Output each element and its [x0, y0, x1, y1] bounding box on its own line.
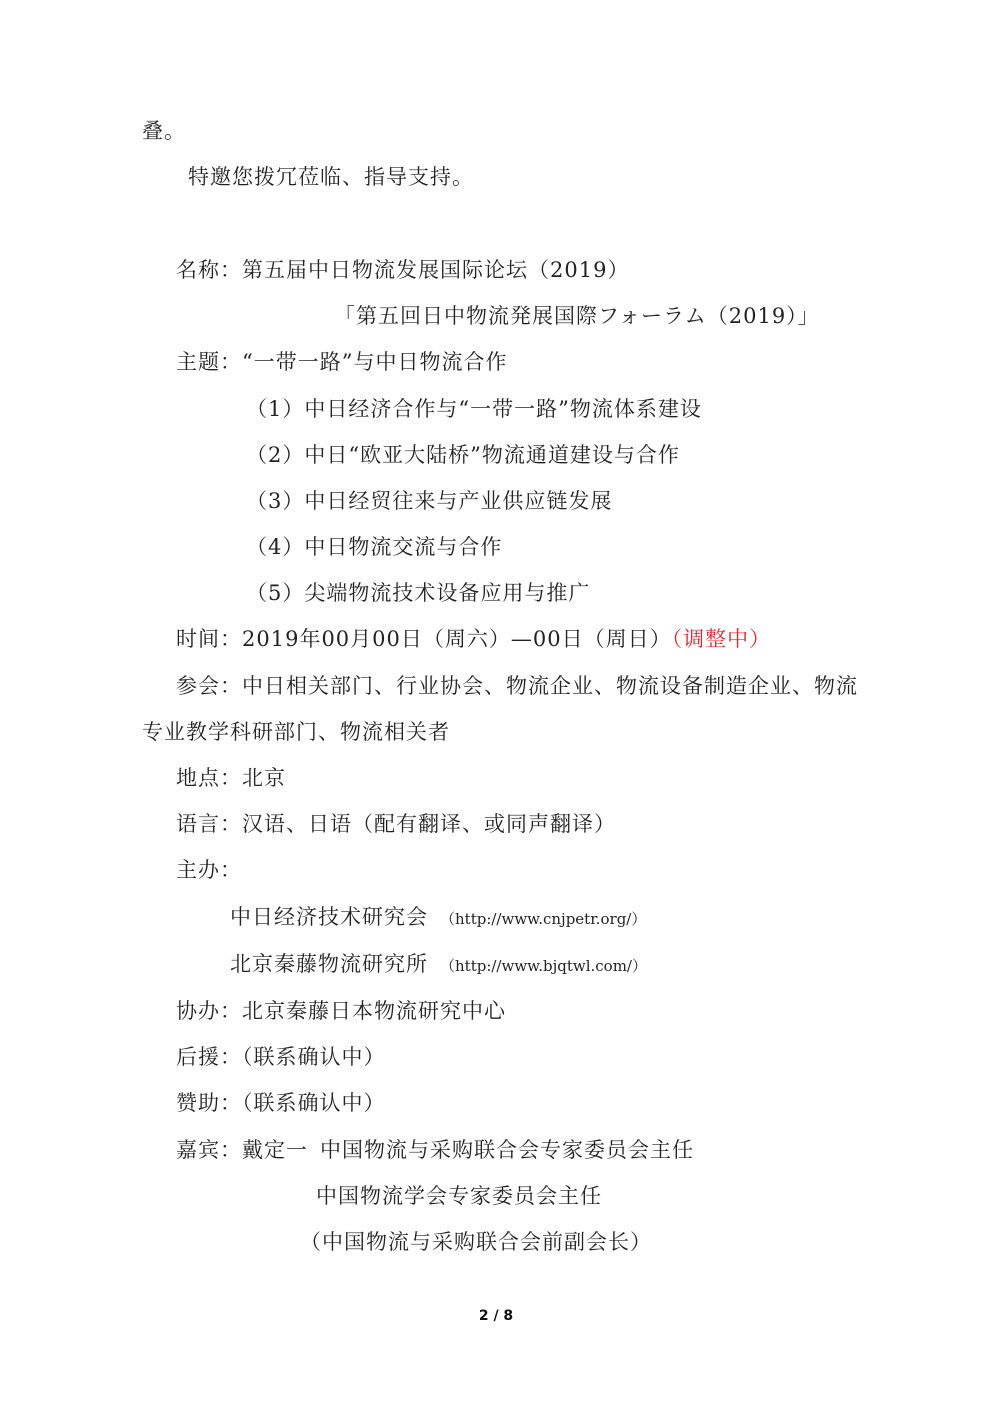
- event-name: 名称：第五届中日物流发展国际论坛（2019）: [176, 256, 629, 284]
- support: 后援：（联系确认中）: [176, 1043, 386, 1071]
- time-label: 时间：: [176, 627, 242, 651]
- organizers-label: 主办：: [176, 856, 242, 884]
- theme-item: （2）中日“欧亚大陆桥”物流通道建设与合作: [246, 441, 680, 469]
- organizer-item: 中日经济技术研究会（http://www.cnjpetr.org/）: [230, 903, 646, 933]
- support-value: （联系确认中）: [242, 1045, 386, 1069]
- organizer-url[interactable]: （http://www.cnjpetr.org/）: [440, 910, 646, 928]
- organizer-name: 北京秦藤物流研究所: [230, 952, 428, 976]
- participants: 参会：中日相关部门、行业协会、物流企业、物流设备制造企业、物流: [176, 672, 858, 700]
- location-label: 地点：: [176, 766, 242, 790]
- location-value: 北京: [242, 766, 286, 790]
- participants-line2: 专业教学科研部门、物流相关者: [142, 718, 450, 746]
- event-name-label: 名称：: [176, 258, 242, 282]
- participants-line1: 中日相关部门、行业协会、物流企业、物流设备制造企业、物流: [242, 674, 858, 698]
- support-label: 后援：: [176, 1045, 242, 1069]
- time-status: （调整中）: [672, 627, 772, 651]
- event-name-jp: 「第五回日中物流発展国際フォーラム（2019）」: [334, 302, 820, 330]
- theme: 主题：“一带一路”与中日物流合作: [176, 348, 507, 376]
- theme-item: （1）中日经济合作与“一带一路”物流体系建设: [246, 395, 702, 423]
- invitation-text: 特邀您拨冗莅临、指导支持。: [188, 163, 474, 191]
- language-value: 汉语、日语（配有翻译、或同声翻译）: [242, 812, 616, 836]
- theme-label: 主题：: [176, 350, 242, 374]
- organizer-item: 北京秦藤物流研究所（http://www.bjqtwl.com/）: [230, 950, 647, 980]
- guest-title: （中国物流与采购联合会前副会长）: [300, 1228, 652, 1256]
- co-organizer-value: 北京秦藤日本物流研究中心: [242, 999, 506, 1023]
- time-value: 2019年00月00日（周六）—00日（周日）: [242, 627, 672, 651]
- language-label: 语言：: [176, 812, 242, 836]
- guests-label: 嘉宾：: [176, 1138, 242, 1162]
- location: 地点：北京: [176, 764, 286, 792]
- organizer-name: 中日经济技术研究会: [230, 905, 428, 929]
- page-indicator: 2 / 8: [0, 1308, 992, 1324]
- continuation-text: 叠。: [142, 117, 186, 145]
- guest-title: 中国物流学会专家委员会主任: [316, 1182, 602, 1210]
- guests: 嘉宾：戴定一中国物流与采购联合会专家委员会主任: [176, 1136, 694, 1164]
- event-time: 时间：2019年00月00日（周六）—00日（周日）（调整中）: [176, 625, 771, 653]
- sponsor-value: （联系确认中）: [242, 1091, 386, 1115]
- guest-title: 中国物流与采购联合会专家委员会主任: [320, 1138, 694, 1162]
- event-name-cn: 第五届中日物流发展国际论坛（2019）: [242, 258, 629, 282]
- guest-name: 戴定一: [242, 1138, 308, 1162]
- theme-item: （3）中日经贸往来与产业供应链发展: [246, 487, 612, 515]
- organizer-url[interactable]: （http://www.bjqtwl.com/）: [440, 957, 647, 975]
- language: 语言：汉语、日语（配有翻译、或同声翻译）: [176, 810, 616, 838]
- co-organizer-label: 协办：: [176, 999, 242, 1023]
- sponsor: 赞助：（联系确认中）: [176, 1089, 386, 1117]
- theme-value: “一带一路”与中日物流合作: [242, 350, 507, 374]
- participants-label: 参会：: [176, 674, 242, 698]
- theme-item: （5）尖端物流技术设备应用与推广: [246, 579, 590, 607]
- theme-item: （4）中日物流交流与合作: [246, 533, 502, 561]
- sponsor-label: 赞助：: [176, 1091, 242, 1115]
- co-organizer: 协办：北京秦藤日本物流研究中心: [176, 997, 506, 1025]
